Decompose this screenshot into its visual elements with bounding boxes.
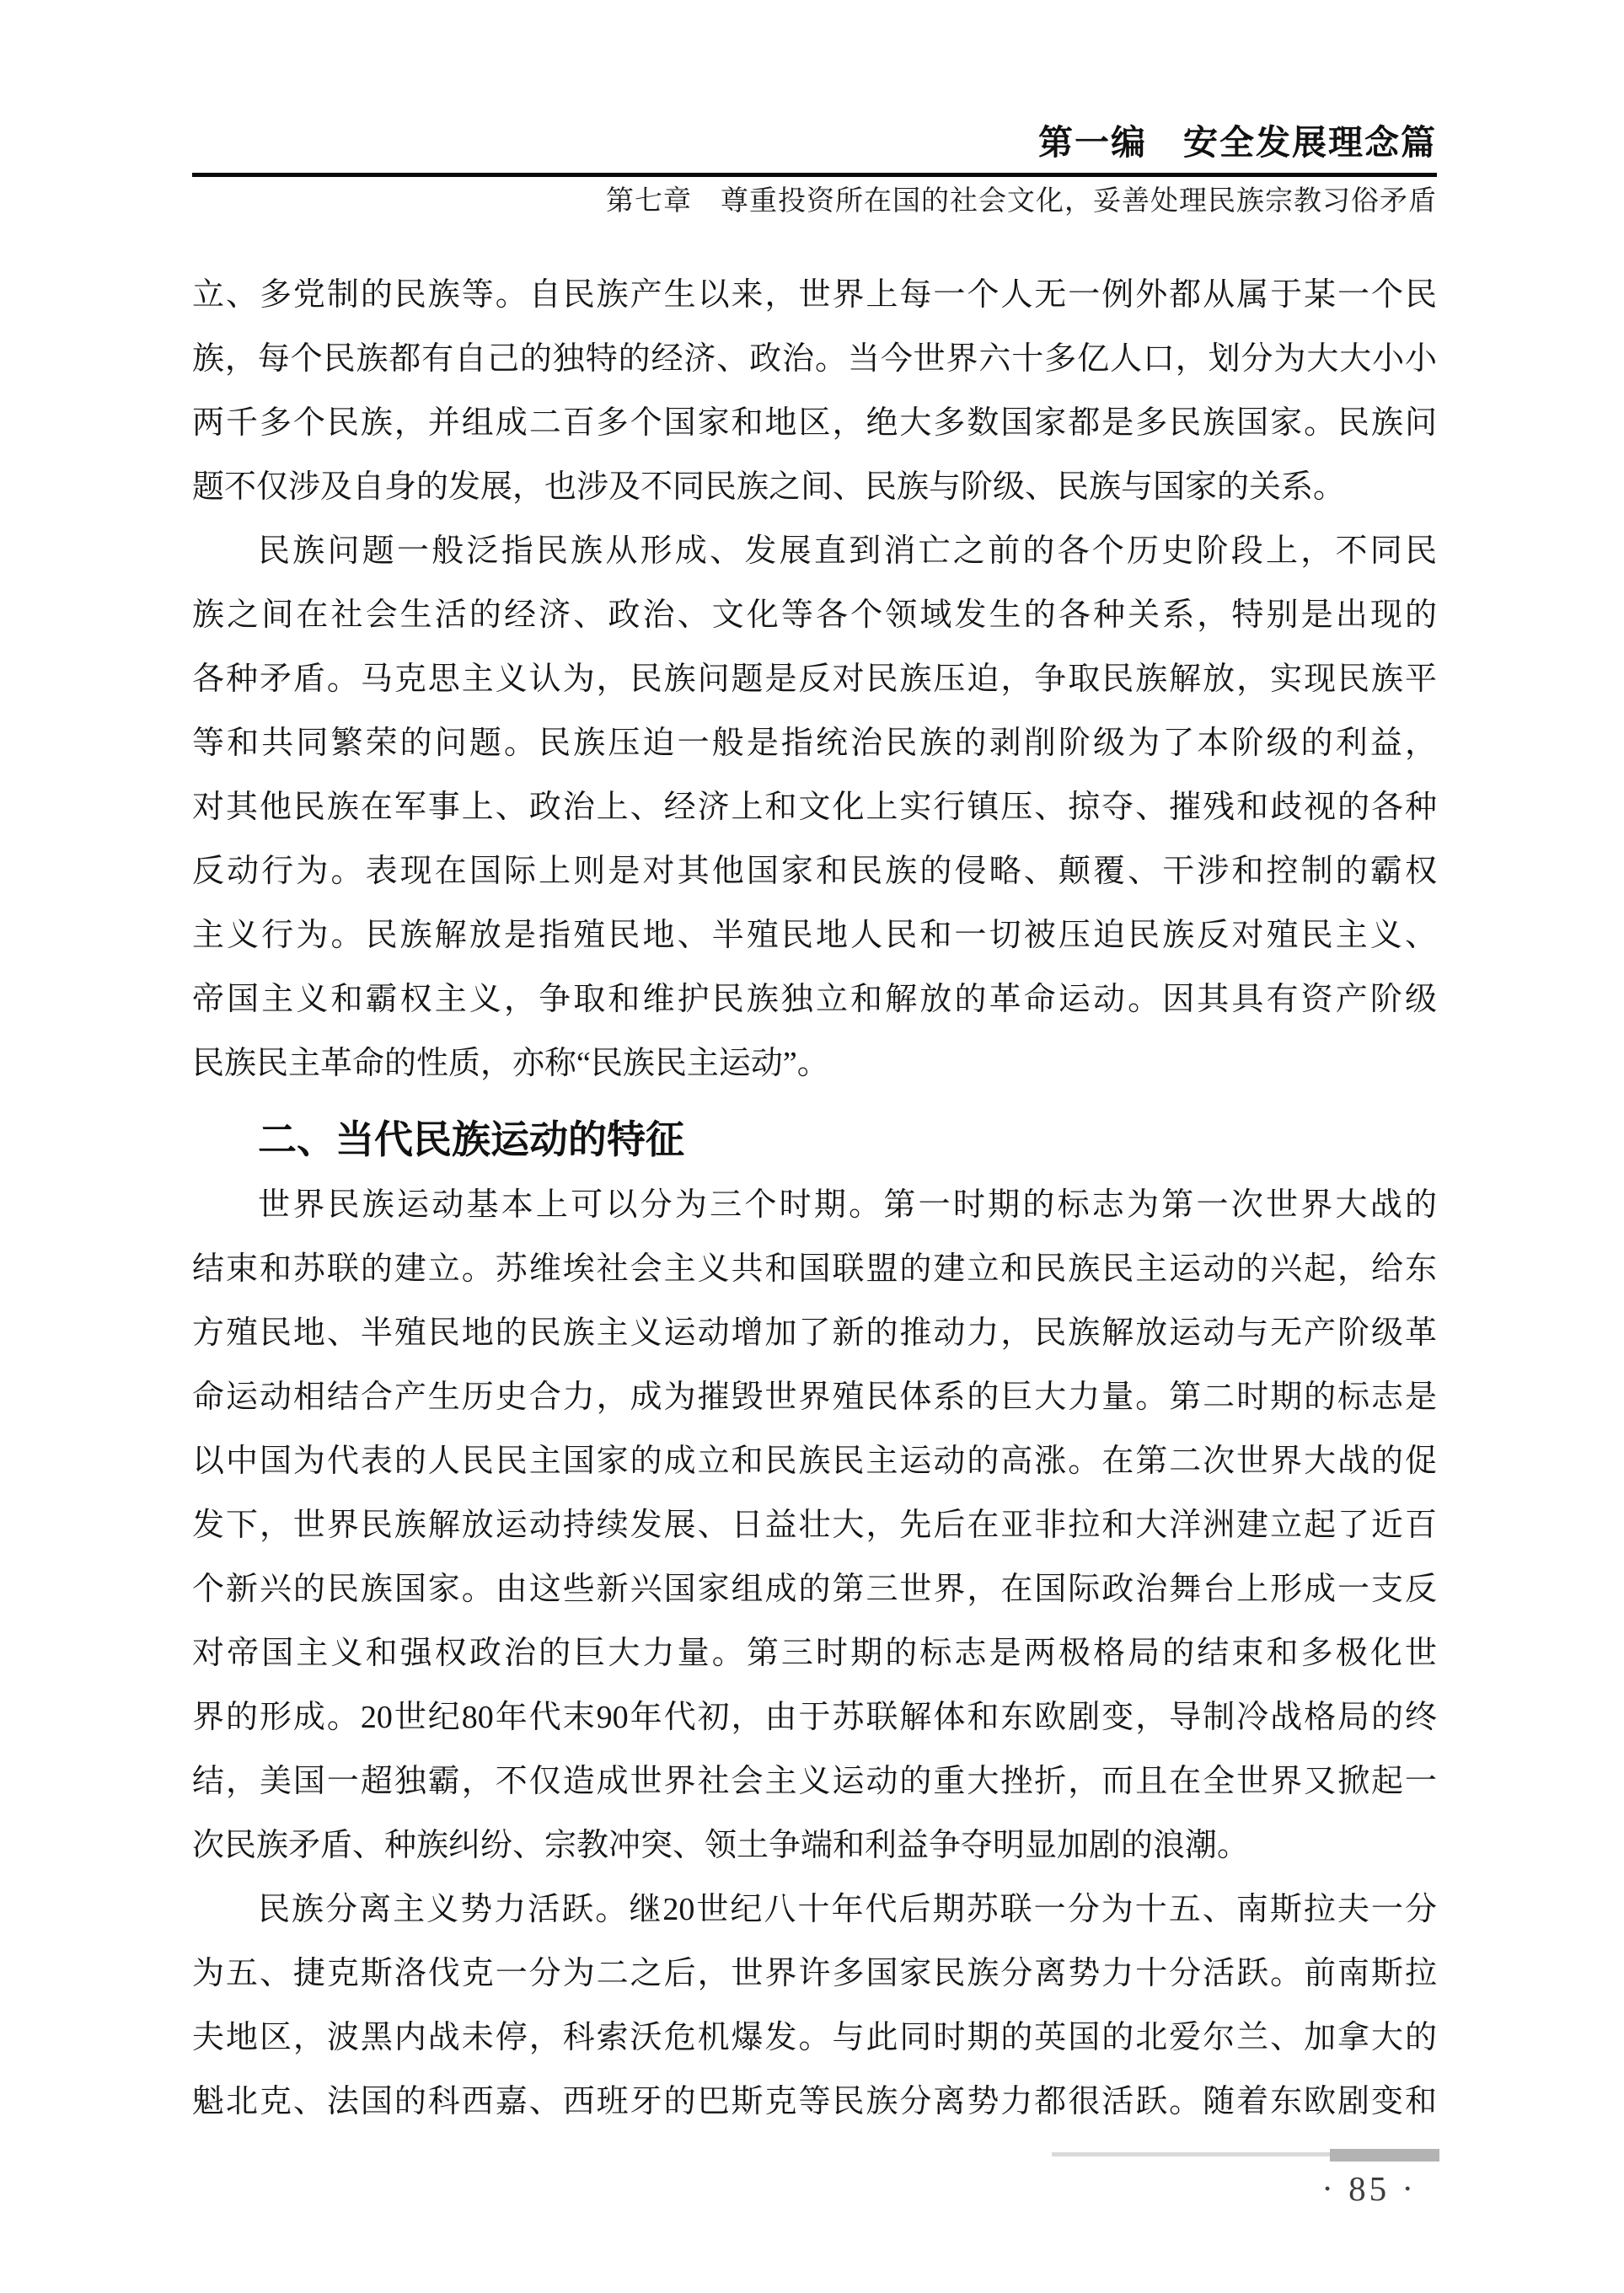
body-line: 题不仅涉及自身的发展，也涉及不同民族之间、民族与阶级、民族与国家的关系。 <box>192 455 1437 519</box>
section-heading: 二、当代民族运动的特征 <box>192 1106 1437 1173</box>
edition-title: 第一编 安全发展理念篇 <box>192 121 1437 164</box>
chapter-subtitle: 第七章 尊重投资所在国的社会文化，妥善处理民族宗教习俗矛盾 <box>192 184 1437 219</box>
header-rule <box>192 173 1437 177</box>
body-line: 两千多个民族，并组成二百多个国家和地区，绝大多数国家都是多民族国家。民族问 <box>192 391 1437 455</box>
body-line: 命运动相结合产生历史合力，成为摧毁世界殖民体系的巨大力量。第二时期的标志是 <box>192 1365 1437 1429</box>
body-line: 夫地区，波黑内战未停，科索沃危机爆发。与此同时期的英国的北爱尔兰、加拿大的 <box>192 2006 1437 2070</box>
book-page: 第一编 安全发展理念篇 第七章 尊重投资所在国的社会文化，妥善处理民族宗教习俗矛… <box>0 0 1624 2293</box>
body-line: 各种矛盾。马克思主义认为，民族问题是反对民族压迫，争取民族解放，实现民族平 <box>192 647 1437 711</box>
page-number: · 85 · <box>192 2167 1417 2210</box>
body-line: 次民族矛盾、种族纠纷、宗教冲突、领土争端和利益争夺明显加剧的浪潮。 <box>192 1814 1437 1878</box>
body-line: 主义行为。民族解放是指殖民地、半殖民地人民和一切被压迫民族反对殖民主义、 <box>192 903 1437 967</box>
body-line: 世界民族运动基本上可以分为三个时期。第一时期的标志为第一次世界大战的 <box>192 1173 1437 1237</box>
body-line: 反动行为。表现在国际上则是对其他国家和民族的侵略、颠覆、干涉和控制的霸权 <box>192 839 1437 903</box>
body-line: 发下，世界民族解放运动持续发展、日益壮大，先后在亚非拉和大洋洲建立起了近百 <box>192 1493 1437 1557</box>
body-line: 等和共同繁荣的问题。民族压迫一般是指统治民族的剥削阶级为了本阶级的利益， <box>192 711 1437 775</box>
body-line: 民族问题一般泛指民族从形成、发展直到消亡之前的各个历史阶段上，不同民 <box>192 519 1437 583</box>
body-line: 族之间在社会生活的经济、政治、文化等各个领域发生的各种关系，特别是出现的 <box>192 583 1437 647</box>
body-line: 以中国为代表的人民民主国家的成立和民族民主运动的高涨。在第二次世界大战的促 <box>192 1429 1437 1493</box>
body-text: 立、多党制的民族等。自民族产生以来，世界上每一个人无一例外都从属于某一个民 族，… <box>192 263 1437 2134</box>
body-line: 族，每个民族都有自己的独特的经济、政治。当今世界六十多亿人口，划分为大大小小 <box>192 327 1437 391</box>
body-line: 对帝国主义和强权政治的巨大力量。第三时期的标志是两极格局的结束和多极化世 <box>192 1621 1437 1685</box>
body-line: 魁北克、法国的科西嘉、西班牙的巴斯克等民族分离势力都很活跃。随着东欧剧变和 <box>192 2070 1437 2134</box>
body-line: 为五、捷克斯洛伐克一分为二之后，世界许多国家民族分离势力十分活跃。前南斯拉 <box>192 1942 1437 2006</box>
body-line: 界的形成。20世纪80年代末90年代初，由于苏联解体和东欧剧变，导制冷战格局的终 <box>192 1685 1437 1749</box>
body-line: 民族分离主义势力活跃。继20世纪八十年代后期苏联一分为十五、南斯拉夫一分 <box>192 1878 1437 1942</box>
body-line: 个新兴的民族国家。由这些新兴国家组成的第三世界，在国际政治舞台上形成一支反 <box>192 1557 1437 1621</box>
body-line: 结，美国一超独霸，不仅造成世界社会主义运动的重大挫折，而且在全世界又掀起一 <box>192 1749 1437 1814</box>
footer-line-thin <box>1052 2152 1330 2156</box>
body-line: 对其他民族在军事上、政治上、经济上和文化上实行镇压、掠夺、摧残和歧视的各种 <box>192 775 1437 839</box>
body-line: 立、多党制的民族等。自民族产生以来，世界上每一个人无一例外都从属于某一个民 <box>192 263 1437 327</box>
body-line: 结束和苏联的建立。苏维埃社会主义共和国联盟的建立和民族民主运动的兴起，给东 <box>192 1237 1437 1301</box>
body-line: 民族民主革命的性质，亦称“民族民主运动”。 <box>192 1031 1437 1096</box>
body-line: 方殖民地、半殖民地的民族主义运动增加了新的推动力，民族解放运动与无产阶级革 <box>192 1301 1437 1365</box>
footer-line-thick <box>1330 2149 1439 2162</box>
body-line: 帝国主义和霸权主义，争取和维护民族独立和解放的革命运动。因其具有资产阶级 <box>192 967 1437 1031</box>
